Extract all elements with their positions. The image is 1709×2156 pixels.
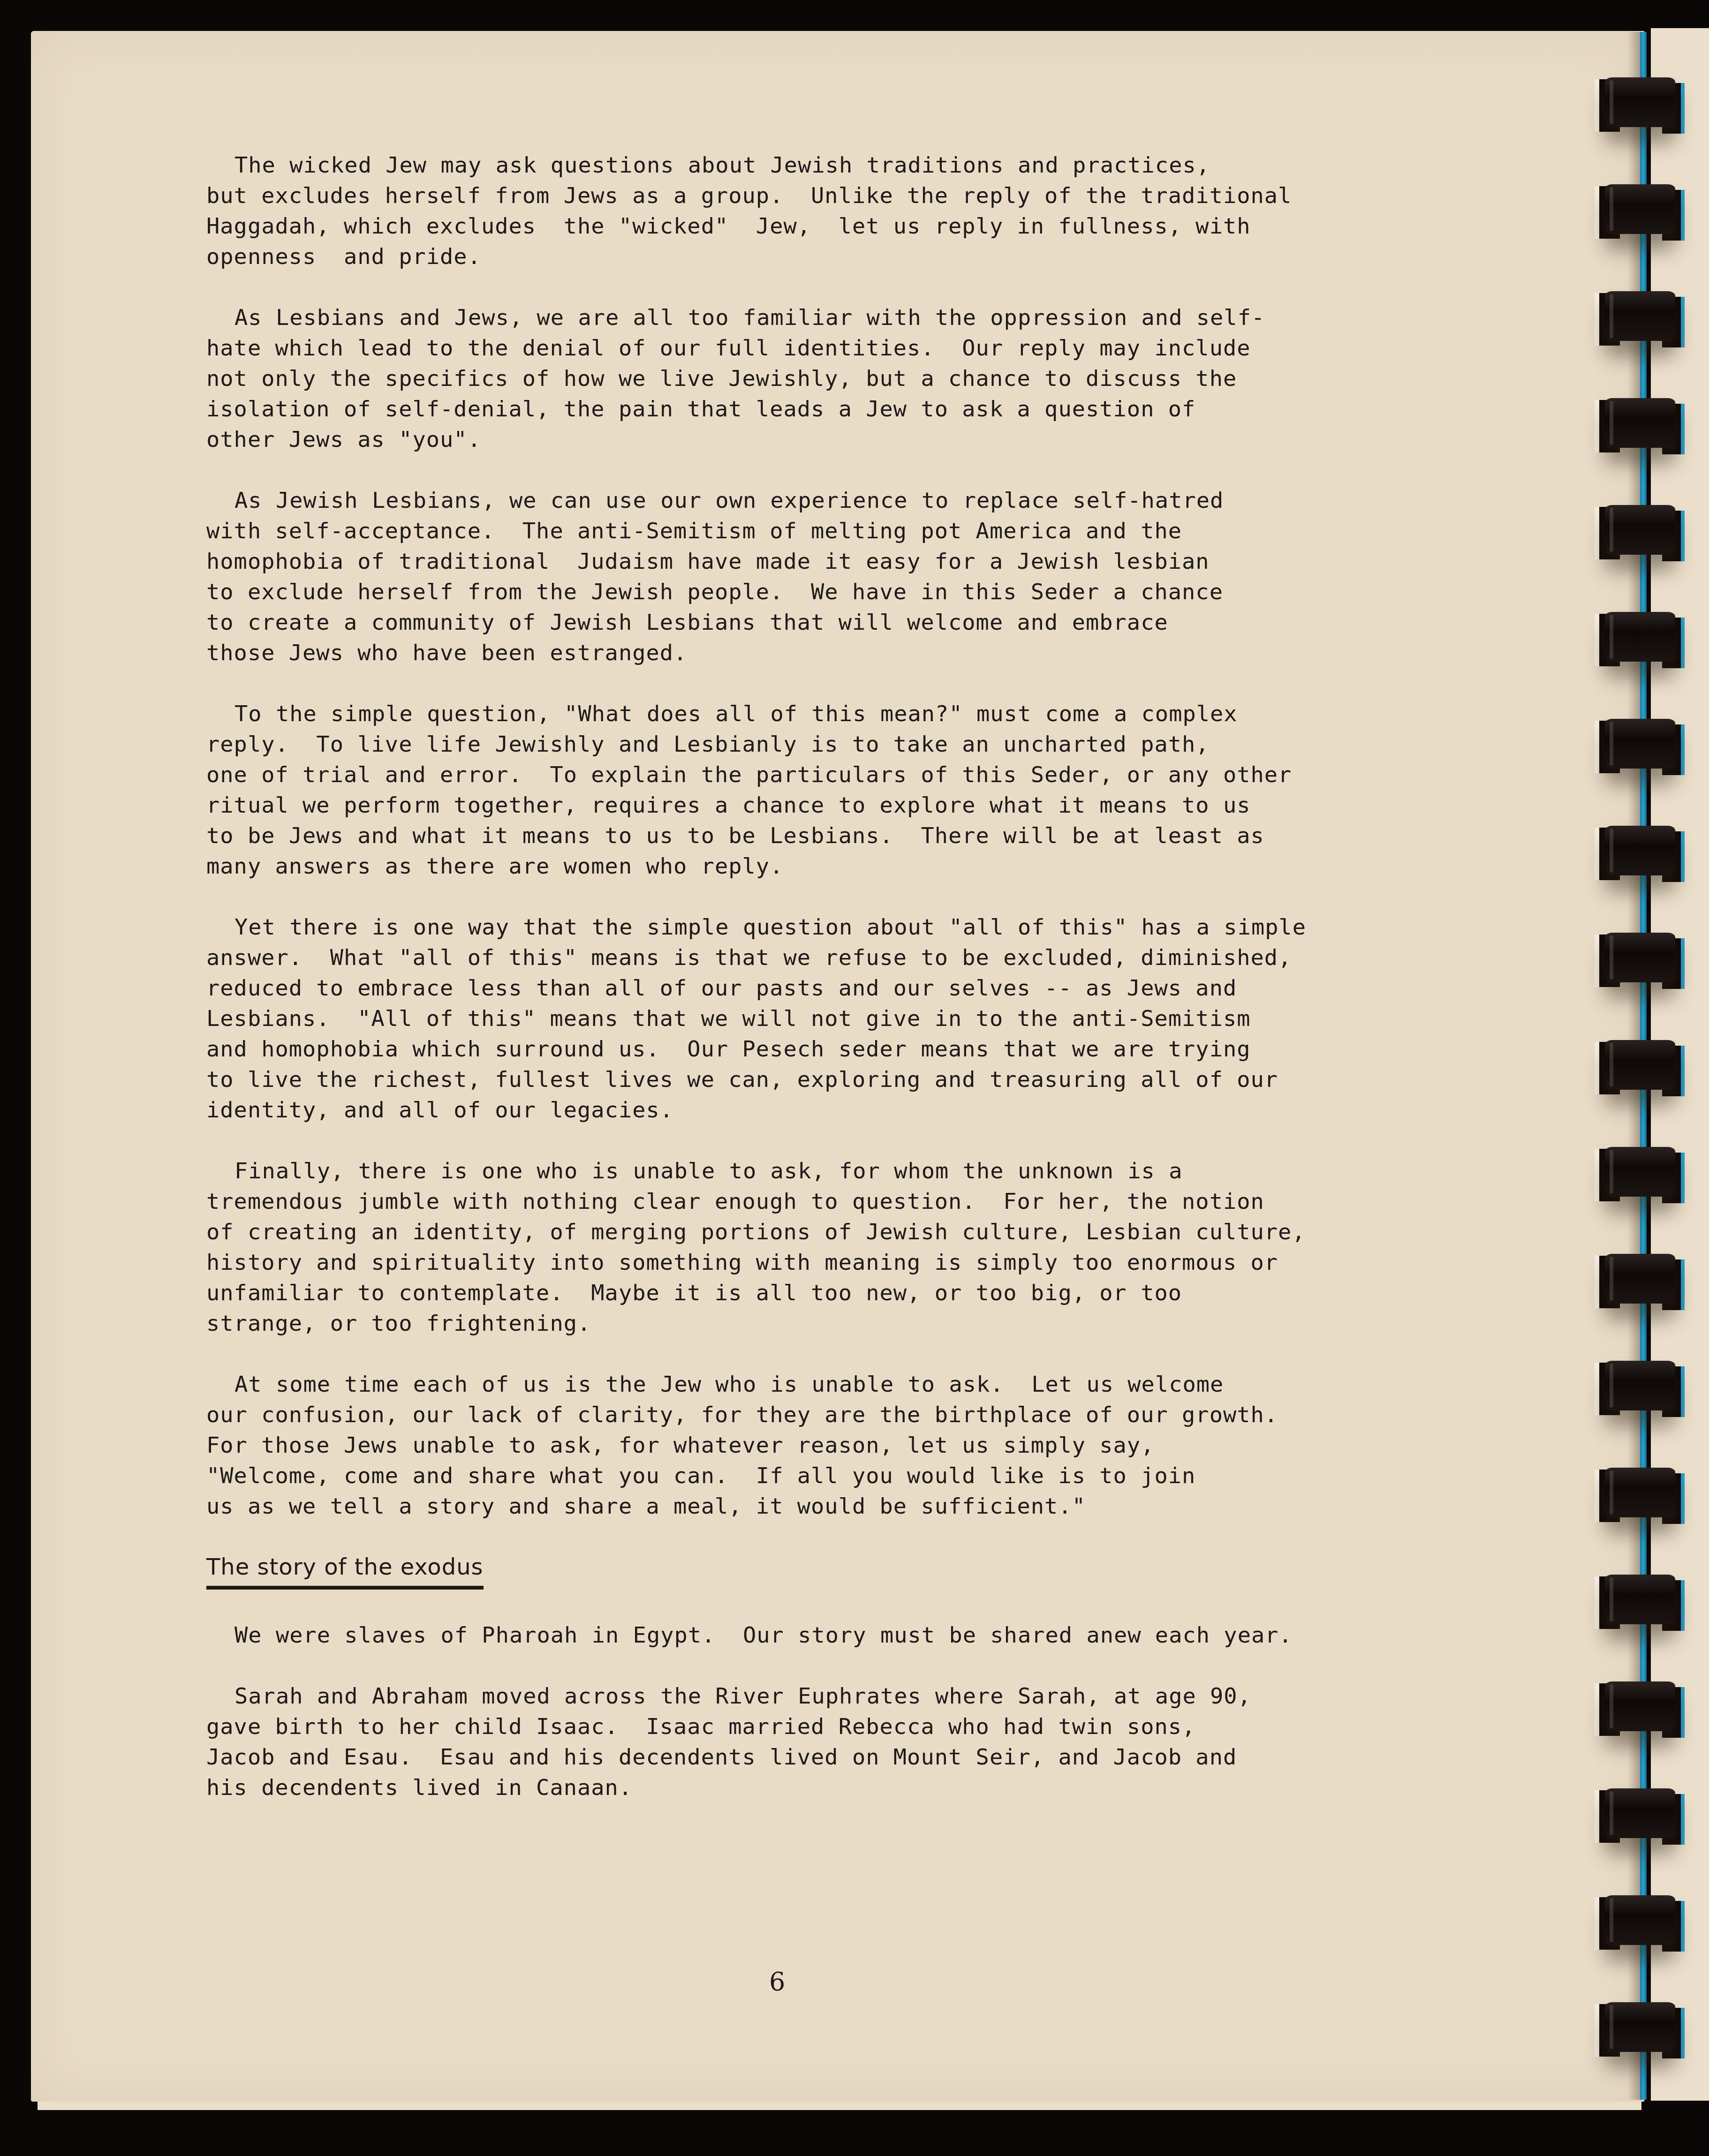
section-paragraph: Sarah and Abraham moved across the River… xyxy=(206,1681,1435,1803)
comb-ring xyxy=(1595,1788,1688,1845)
comb-ring xyxy=(1595,184,1688,241)
text-line: identity, and all of our legacies. xyxy=(206,1095,1435,1125)
text-line: "Welcome, come and share what you can. I… xyxy=(206,1461,1435,1491)
text-line: The wicked Jew may ask questions about J… xyxy=(206,150,1435,181)
text-line: Haggadah, which excludes the "wicked" Je… xyxy=(206,211,1435,241)
comb-ring xyxy=(1595,77,1688,134)
ring-band xyxy=(1605,291,1675,341)
text-line: many answers as there are women who repl… xyxy=(206,851,1435,882)
comb-ring xyxy=(1595,1575,1688,1631)
comb-ring xyxy=(1595,612,1688,668)
text-line: Lesbians. "All of this" means that we wi… xyxy=(206,1003,1435,1034)
body-paragraph: As Jewish Lesbians, we can use our own e… xyxy=(206,485,1435,668)
text-line: not only the specifics of how we live Je… xyxy=(206,363,1435,394)
text-line: openness and pride. xyxy=(206,241,1435,272)
ring-band xyxy=(1605,612,1675,662)
text-line: Finally, there is one who is unable to a… xyxy=(206,1156,1435,1186)
ring-band xyxy=(1605,1895,1675,1945)
ring-band xyxy=(1605,719,1675,769)
text-line: As Jewish Lesbians, we can use our own e… xyxy=(206,485,1435,516)
text-line: At some time each of us is the Jew who i… xyxy=(206,1369,1435,1400)
text-line: of creating an identity, of merging port… xyxy=(206,1217,1435,1247)
comb-ring xyxy=(1595,1361,1688,1417)
text-line: to exclude herself from the Jewish peopl… xyxy=(206,577,1435,607)
ring-band xyxy=(1605,77,1675,127)
text-line: his decendents lived in Canaan. xyxy=(206,1772,1435,1803)
comb-ring xyxy=(1595,719,1688,775)
comb-ring xyxy=(1595,1254,1688,1310)
comb-ring xyxy=(1595,291,1688,347)
text-line: to be Jews and what it means to us to be… xyxy=(206,821,1435,851)
text-line: Sarah and Abraham moved across the River… xyxy=(206,1681,1435,1711)
section-heading: The story of the exodus xyxy=(206,1553,484,1590)
ring-band xyxy=(1605,933,1675,982)
text-line: reduced to embrace less than all of our … xyxy=(206,973,1435,1003)
comb-ring xyxy=(1595,505,1688,561)
comb-ring xyxy=(1595,1147,1688,1203)
ring-band xyxy=(1605,1147,1675,1197)
ring-band xyxy=(1605,1361,1675,1410)
body-paragraphs: The wicked Jew may ask questions about J… xyxy=(206,150,1435,1522)
text-line: but excludes herself from Jews as a grou… xyxy=(206,181,1435,211)
text-line: isolation of self-denial, the pain that … xyxy=(206,394,1435,424)
comb-ring xyxy=(1595,826,1688,882)
text-line: and homophobia which surround us. Our Pe… xyxy=(206,1034,1435,1064)
text-line: To the simple question, "What does all o… xyxy=(206,699,1435,729)
comb-ring xyxy=(1595,398,1688,454)
text-line: answer. What "all of this" means is that… xyxy=(206,942,1435,973)
comb-ring xyxy=(1595,1681,1688,1738)
comb-ring xyxy=(1595,1895,1688,1952)
text-line: us as we tell a story and share a meal, … xyxy=(206,1491,1435,1522)
body-paragraph: As Lesbians and Jews, we are all too fam… xyxy=(206,302,1435,455)
text-line: to live the richest, fullest lives we ca… xyxy=(206,1064,1435,1095)
ring-band xyxy=(1605,398,1675,448)
ring-band xyxy=(1605,1575,1675,1624)
text-line: our confusion, our lack of clarity, for … xyxy=(206,1400,1435,1430)
section-paragraphs: We were slaves of Pharoah in Egypt. Our … xyxy=(206,1620,1435,1803)
body-paragraph: To the simple question, "What does all o… xyxy=(206,699,1435,882)
ring-band xyxy=(1605,1040,1675,1090)
comb-ring xyxy=(1595,2002,1688,2058)
ring-band xyxy=(1605,826,1675,875)
body-paragraph: At some time each of us is the Jew who i… xyxy=(206,1369,1435,1522)
comb-ring xyxy=(1595,1040,1688,1096)
text-line: those Jews who have been estranged. xyxy=(206,638,1435,668)
text-line: homophobia of traditional Judaism have m… xyxy=(206,546,1435,577)
ring-band xyxy=(1605,1681,1675,1731)
ring-band xyxy=(1605,184,1675,234)
text-line: Yet there is one way that the simple que… xyxy=(206,912,1435,942)
page-number: 6 xyxy=(769,1967,785,1997)
text-line: with self-acceptance. The anti-Semitism … xyxy=(206,516,1435,546)
text-line: ritual we perform together, requires a c… xyxy=(206,790,1435,821)
page-text: The wicked Jew may ask questions about J… xyxy=(206,150,1435,1833)
text-line: strange, or too frightening. xyxy=(206,1308,1435,1339)
ring-band xyxy=(1605,2002,1675,2052)
text-line: other Jews as "you". xyxy=(206,424,1435,455)
ring-band xyxy=(1605,1468,1675,1517)
text-line: reply. To live life Jewishly and Lesbian… xyxy=(206,729,1435,760)
text-line: unfamiliar to contemplate. Maybe it is a… xyxy=(206,1278,1435,1308)
text-line: gave birth to her child Isaac. Isaac mar… xyxy=(206,1711,1435,1742)
text-line: As Lesbians and Jews, we are all too fam… xyxy=(206,302,1435,333)
text-line: history and spirituality into something … xyxy=(206,1247,1435,1278)
comb-ring xyxy=(1595,1468,1688,1524)
text-line: tremendous jumble with nothing clear eno… xyxy=(206,1186,1435,1217)
ring-band xyxy=(1605,1254,1675,1304)
text-line: For those Jews unable to ask, for whatev… xyxy=(206,1430,1435,1461)
text-line: to create a community of Jewish Lesbians… xyxy=(206,607,1435,638)
body-paragraph: Yet there is one way that the simple que… xyxy=(206,912,1435,1125)
ring-band xyxy=(1605,1788,1675,1838)
text-line: Jacob and Esau. Esau and his decendents … xyxy=(206,1742,1435,1772)
text-line: We were slaves of Pharoah in Egypt. Our … xyxy=(206,1620,1435,1651)
body-paragraph: Finally, there is one who is unable to a… xyxy=(206,1156,1435,1339)
text-line: one of trial and error. To explain the p… xyxy=(206,760,1435,790)
text-line: hate which lead to the denial of our ful… xyxy=(206,333,1435,363)
ring-band xyxy=(1605,505,1675,555)
comb-ring xyxy=(1595,933,1688,989)
body-paragraph: The wicked Jew may ask questions about J… xyxy=(206,150,1435,272)
section-paragraph: We were slaves of Pharoah in Egypt. Our … xyxy=(206,1620,1435,1651)
